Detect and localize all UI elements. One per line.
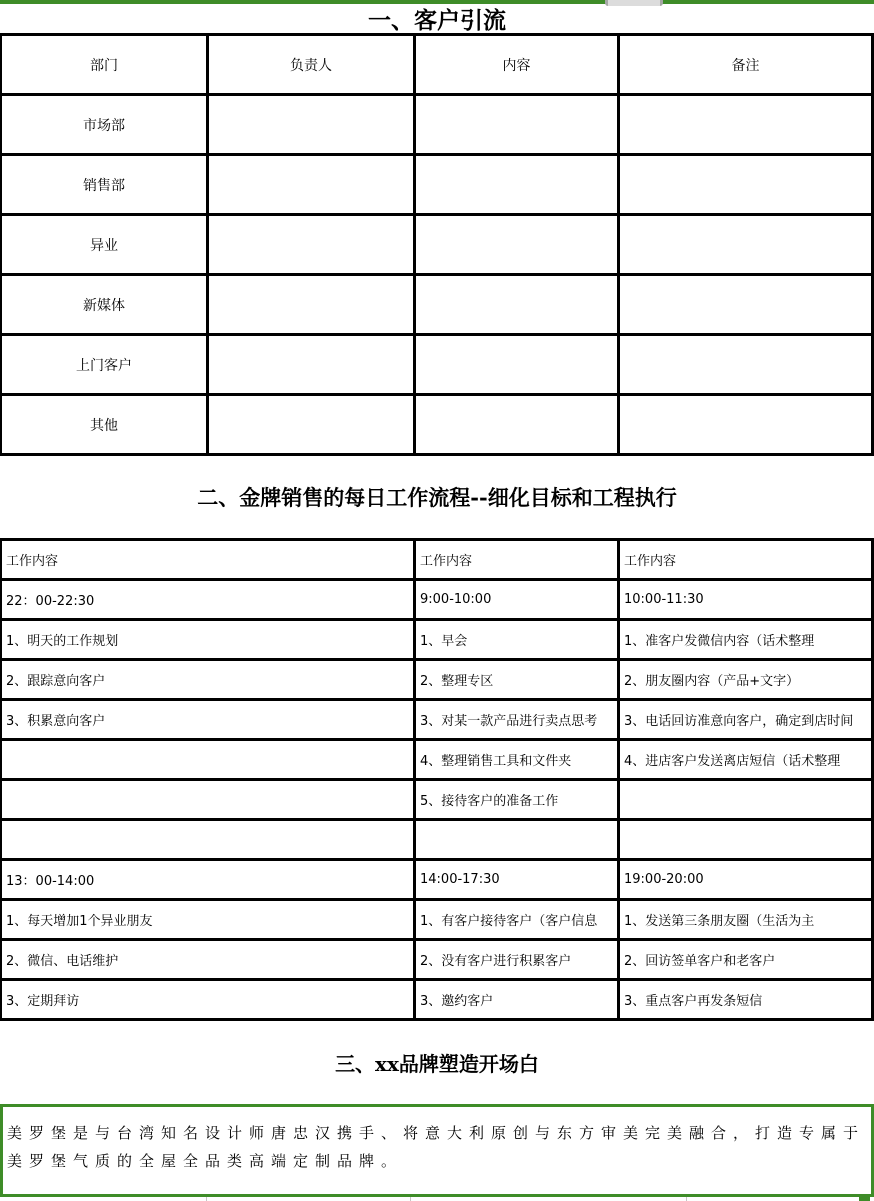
task-cell[interactable]: 2、微信、电话维护 bbox=[2, 941, 413, 978]
empty-cell[interactable] bbox=[617, 336, 871, 393]
time-slot-cell[interactable]: 13：00-14:00 bbox=[2, 861, 413, 898]
selection-top-border bbox=[0, 0, 874, 4]
task-cell[interactable]: 5、接待客户的准备工作 bbox=[413, 781, 617, 818]
empty-cell[interactable] bbox=[413, 156, 617, 213]
task-cell[interactable]: 1、早会 bbox=[413, 621, 617, 658]
empty-cell[interactable] bbox=[617, 216, 871, 273]
table-row: 3、积累意向客户 3、对某一款产品进行卖点思考 3、电话回访准意向客户，确定到店… bbox=[2, 701, 871, 741]
row-label-cell[interactable]: 上门客户 bbox=[2, 336, 206, 393]
task-cell[interactable]: 3、定期拜访 bbox=[2, 981, 413, 1018]
table-row: 销售部 bbox=[2, 156, 871, 216]
empty-cell[interactable] bbox=[413, 96, 617, 153]
table-row: 上门客户 bbox=[2, 336, 871, 396]
table-row: 1、每天增加1个异业朋友 1、有客户接待客户（客户信息 1、发送第三条朋友圈（生… bbox=[2, 901, 871, 941]
table-row: 4、整理销售工具和文件夹 4、进店客户发送离店短信（话术整理 bbox=[2, 741, 871, 781]
table-header-row: 工作内容 工作内容 工作内容 bbox=[2, 541, 871, 581]
task-cell[interactable]: 4、整理销售工具和文件夹 bbox=[413, 741, 617, 778]
task-cell[interactable]: 3、电话回访准意向客户，确定到店时间 bbox=[617, 701, 871, 738]
empty-cell[interactable] bbox=[617, 96, 871, 153]
table-row: 13：00-14:00 14:00-17:30 19:00-20:00 bbox=[2, 861, 871, 901]
task-cell[interactable]: 3、对某一款产品进行卖点思考 bbox=[413, 701, 617, 738]
task-cell[interactable]: 1、明天的工作规划 bbox=[2, 621, 413, 658]
table-row: 2、微信、电话维护 2、没有客户进行积累客户 2、回访签单客户和老客户 bbox=[2, 941, 871, 981]
header-cell-notes[interactable]: 备注 bbox=[617, 36, 871, 93]
gridline-tick bbox=[686, 1197, 687, 1201]
header-cell-work-content[interactable]: 工作内容 bbox=[413, 541, 617, 578]
header-cell-work-content[interactable]: 工作内容 bbox=[617, 541, 871, 578]
time-slot-cell[interactable]: 22：00-22:30 bbox=[2, 581, 413, 618]
spreadsheet-page: 一、客户引流 部门 负责人 内容 备注 市场部 销售部 异业 新媒体 bbox=[0, 0, 874, 1201]
time-slot-cell[interactable]: 14:00-17:30 bbox=[413, 861, 617, 898]
empty-cell[interactable] bbox=[206, 216, 413, 273]
table-header-row: 部门 负责人 内容 备注 bbox=[2, 36, 871, 96]
section2-title: 二、金牌销售的每日工作流程--细化目标和工程执行 bbox=[0, 456, 874, 538]
daily-workflow-table: 工作内容 工作内容 工作内容 22：00-22:30 9:00-10:00 10… bbox=[0, 538, 874, 1021]
table-row: 5、接待客户的准备工作 bbox=[2, 781, 871, 821]
row-label-cell[interactable]: 销售部 bbox=[2, 156, 206, 213]
task-cell[interactable]: 2、整理专区 bbox=[413, 661, 617, 698]
table-row: 22：00-22:30 9:00-10:00 10:00-11:30 bbox=[2, 581, 871, 621]
scrollbar-thumb[interactable] bbox=[605, 0, 663, 6]
task-cell[interactable] bbox=[2, 741, 413, 778]
table-row: 其他 bbox=[2, 396, 871, 456]
selection-fill-handle[interactable] bbox=[859, 1197, 870, 1201]
empty-cell[interactable] bbox=[413, 821, 617, 858]
task-cell[interactable]: 3、重点客户再发条短信 bbox=[617, 981, 871, 1018]
task-cell[interactable]: 3、邀约客户 bbox=[413, 981, 617, 1018]
task-cell[interactable] bbox=[2, 781, 413, 818]
time-slot-cell[interactable]: 10:00-11:30 bbox=[617, 581, 871, 618]
section1-title: 一、客户引流 bbox=[0, 4, 874, 33]
empty-cell[interactable] bbox=[413, 276, 617, 333]
task-cell[interactable]: 2、跟踪意向客户 bbox=[2, 661, 413, 698]
task-cell[interactable]: 3、积累意向客户 bbox=[2, 701, 413, 738]
row-label-cell[interactable]: 新媒体 bbox=[2, 276, 206, 333]
section3-title: 三、xx品牌塑造开场白 bbox=[0, 1021, 874, 1104]
header-cell-work-content[interactable]: 工作内容 bbox=[2, 541, 413, 578]
brand-intro-line: 美罗堡是与台湾知名设计师唐忠汉携手、将意大利原创与东方审美完美融合，打造专属于 bbox=[7, 1119, 869, 1147]
empty-cell[interactable] bbox=[206, 336, 413, 393]
time-slot-cell[interactable]: 9:00-10:00 bbox=[413, 581, 617, 618]
task-cell[interactable]: 1、每天增加1个异业朋友 bbox=[2, 901, 413, 938]
row-label-cell[interactable]: 其他 bbox=[2, 396, 206, 453]
task-cell[interactable] bbox=[617, 781, 871, 818]
task-cell[interactable]: 2、没有客户进行积累客户 bbox=[413, 941, 617, 978]
empty-cell[interactable] bbox=[206, 156, 413, 213]
empty-cell[interactable] bbox=[617, 156, 871, 213]
table-row: 1、明天的工作规划 1、早会 1、准客户发微信内容（话术整理 bbox=[2, 621, 871, 661]
time-slot-cell[interactable]: 19:00-20:00 bbox=[617, 861, 871, 898]
header-cell-department[interactable]: 部门 bbox=[2, 36, 206, 93]
task-cell[interactable]: 2、回访签单客户和老客户 bbox=[617, 941, 871, 978]
header-cell-owner[interactable]: 负责人 bbox=[206, 36, 413, 93]
brand-intro-box[interactable]: 美罗堡是与台湾知名设计师唐忠汉携手、将意大利原创与东方审美完美融合，打造专属于 … bbox=[0, 1104, 874, 1197]
table-row: 市场部 bbox=[2, 96, 871, 156]
empty-cell[interactable] bbox=[413, 216, 617, 273]
empty-cell[interactable] bbox=[617, 821, 871, 858]
brand-intro-line: 美罗堡气质的全屋全品类高端定制品牌。 bbox=[7, 1147, 869, 1175]
row-label-cell[interactable]: 市场部 bbox=[2, 96, 206, 153]
task-cell[interactable]: 1、发送第三条朋友圈（生活为主 bbox=[617, 901, 871, 938]
table-row: 新媒体 bbox=[2, 276, 871, 336]
table-row: 2、跟踪意向客户 2、整理专区 2、朋友圈内容（产品+文字） bbox=[2, 661, 871, 701]
task-cell[interactable]: 4、进店客户发送离店短信（话术整理 bbox=[617, 741, 871, 778]
table-row: 3、定期拜访 3、邀约客户 3、重点客户再发条短信 bbox=[2, 981, 871, 1021]
header-cell-content[interactable]: 内容 bbox=[413, 36, 617, 93]
empty-cell[interactable] bbox=[206, 96, 413, 153]
table-row: 异业 bbox=[2, 216, 871, 276]
task-cell[interactable]: 1、准客户发微信内容（话术整理 bbox=[617, 621, 871, 658]
empty-cell[interactable] bbox=[617, 396, 871, 453]
task-cell[interactable]: 2、朋友圈内容（产品+文字） bbox=[617, 661, 871, 698]
table-row bbox=[2, 821, 871, 861]
empty-cell[interactable] bbox=[206, 276, 413, 333]
task-cell[interactable]: 1、有客户接待客户（客户信息 bbox=[413, 901, 617, 938]
row-label-cell[interactable]: 异业 bbox=[2, 216, 206, 273]
gridline-tick bbox=[206, 1197, 207, 1201]
empty-cell[interactable] bbox=[2, 821, 413, 858]
gridline-tick bbox=[410, 1197, 411, 1201]
grid-strip bbox=[0, 1197, 874, 1201]
empty-cell[interactable] bbox=[413, 396, 617, 453]
empty-cell[interactable] bbox=[617, 276, 871, 333]
empty-cell[interactable] bbox=[206, 396, 413, 453]
customer-acquisition-table: 部门 负责人 内容 备注 市场部 销售部 异业 新媒体 bbox=[0, 33, 874, 456]
empty-cell[interactable] bbox=[413, 336, 617, 393]
